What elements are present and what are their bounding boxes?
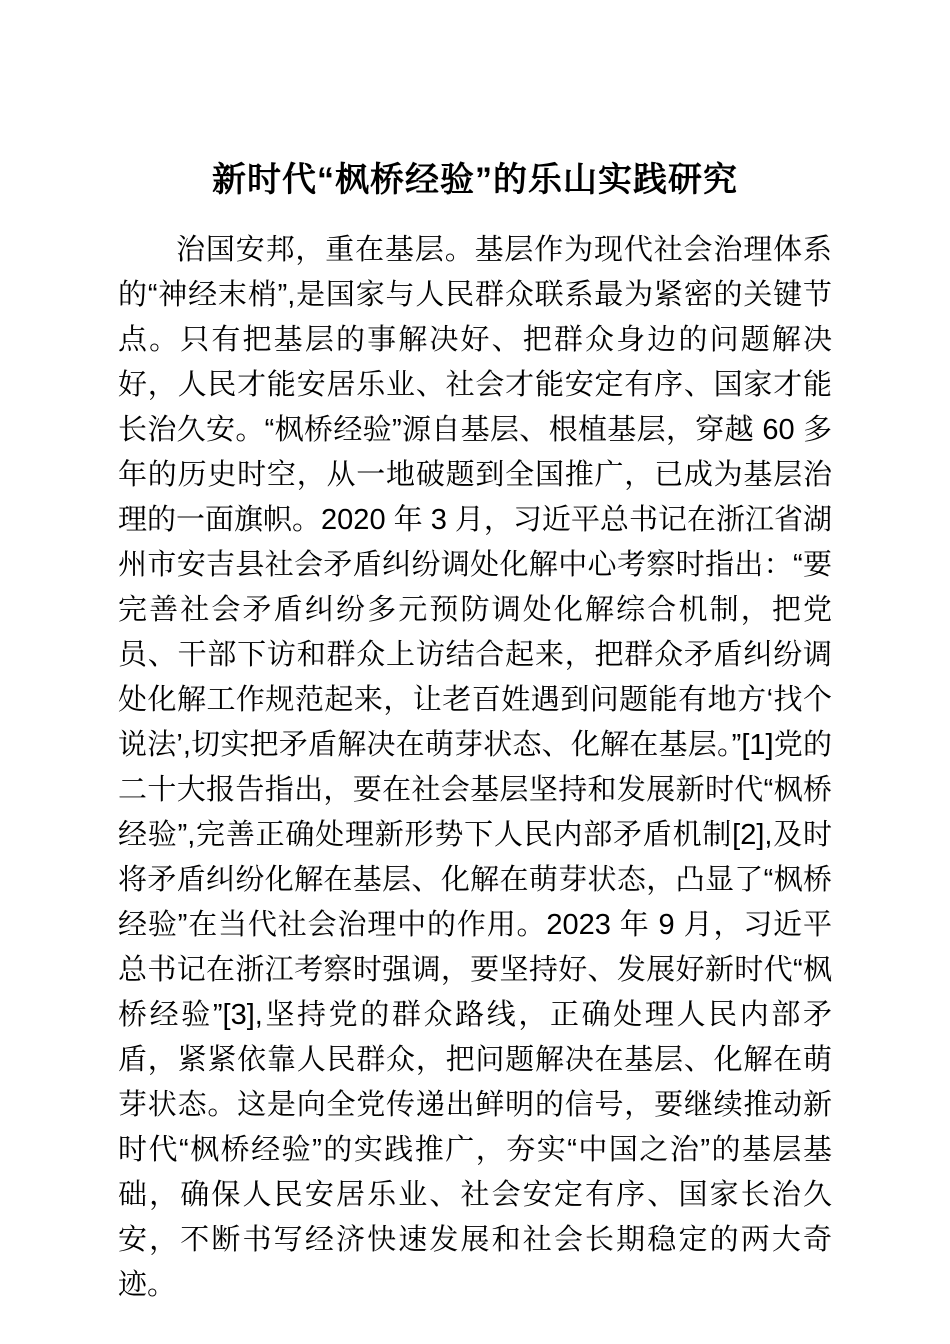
document-page: 新时代“枫桥经验”的乐山实践研究 治国安邦，重在基层。基层作为现代社会治理体系的… bbox=[0, 0, 950, 1344]
document-body-paragraph: 治国安邦，重在基层。基层作为现代社会治理体系的“神经末梢”,是国家与人民群众联系… bbox=[118, 228, 832, 1308]
document-title: 新时代“枫桥经验”的乐山实践研究 bbox=[118, 158, 832, 202]
